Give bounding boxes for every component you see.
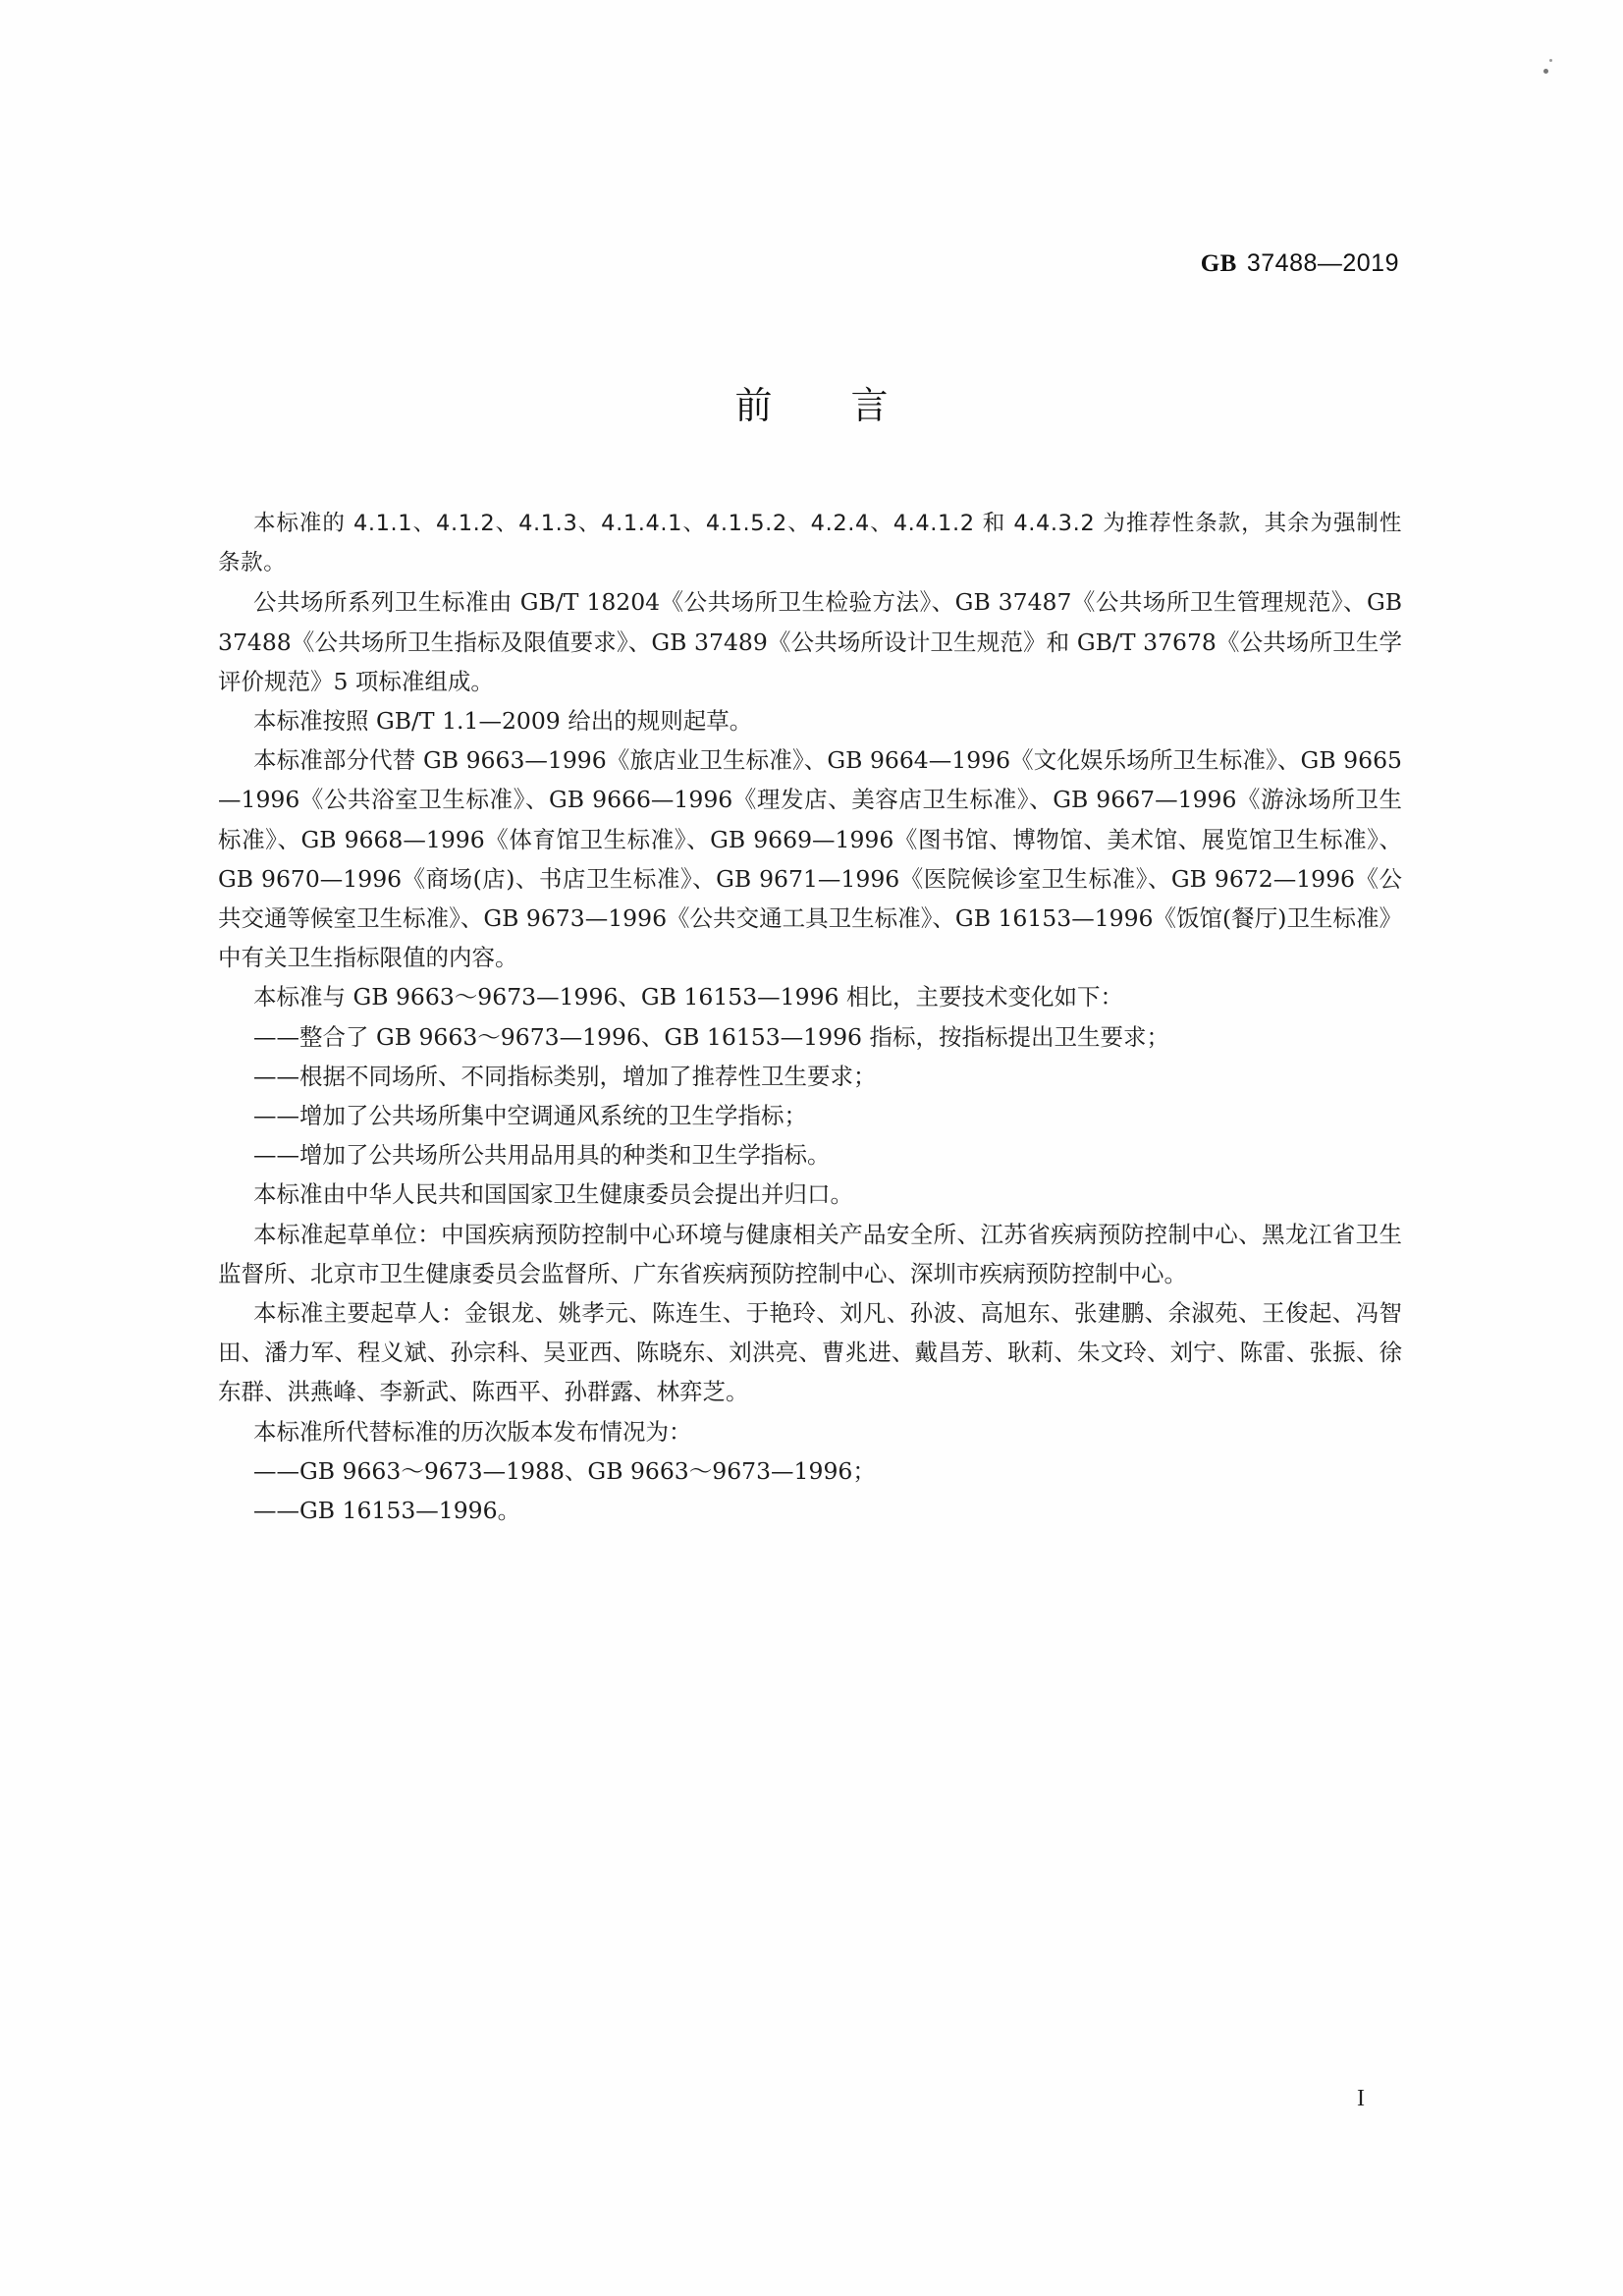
paragraph-replaced-standards: 本标准部分代替 GB 9663—1996《旅店业卫生标准》、GB 9664—19… bbox=[218, 740, 1402, 977]
standard-prefix: GB bbox=[1201, 250, 1237, 277]
paragraph-series-composition: 公共场所系列卫生标准由 GB/T 18204《公共场所卫生检验方法》、GB 37… bbox=[218, 582, 1402, 701]
paragraph-clause-types: 本标准的 4.1.1、4.1.2、4.1.3、4.1.4.1、4.1.5.2、4… bbox=[218, 504, 1402, 582]
list-item-change: ——增加了公共场所集中空调通风系统的卫生学指标； bbox=[218, 1096, 1402, 1135]
paragraph-technical-changes-intro: 本标准与 GB 9663～9673—1996、GB 16153—1996 相比，… bbox=[218, 977, 1402, 1016]
paragraph-version-history-intro: 本标准所代替标准的历次版本发布情况为： bbox=[218, 1412, 1402, 1451]
list-item-change: ——增加了公共场所公共用品用具的种类和卫生学指标。 bbox=[218, 1135, 1402, 1175]
paragraph-drafters: 本标准主要起草人：金银龙、姚孝元、陈连生、于艳玲、刘凡、孙波、高旭东、张建鹏、余… bbox=[218, 1293, 1402, 1412]
page-number: I bbox=[1357, 2086, 1365, 2112]
list-item-change: ——整合了 GB 9663～9673—1996、GB 16153—1996 指标… bbox=[218, 1017, 1402, 1057]
scan-speck bbox=[1549, 59, 1552, 62]
standard-number: 37488—2019 bbox=[1247, 249, 1399, 277]
paragraph-drafting-units: 本标准起草单位：中国疾病预防控制中心环境与健康相关产品安全所、江苏省疾病预防控制… bbox=[218, 1215, 1402, 1293]
list-item-change: ——根据不同场所、不同指标类别，增加了推荐性卫生要求； bbox=[218, 1057, 1402, 1096]
section-title: 前言 bbox=[0, 375, 1623, 429]
foreword-body: 本标准的 4.1.1、4.1.2、4.1.3、4.1.4.1、4.1.5.2、4… bbox=[218, 504, 1402, 1530]
list-item-version: ——GB 9663～9673—1988、GB 9663～9673—1996； bbox=[218, 1451, 1402, 1491]
document-page: GB37488—2019 前言 本标准的 4.1.1、4.1.2、4.1.3、4… bbox=[0, 0, 1623, 2296]
paragraph-proposer: 本标准由中华人民共和国国家卫生健康委员会提出并归口。 bbox=[218, 1175, 1402, 1214]
list-item-version: ——GB 16153—1996。 bbox=[218, 1491, 1402, 1530]
paragraph-drafting-rules: 本标准按照 GB/T 1.1—2009 给出的规则起草。 bbox=[218, 701, 1402, 740]
standard-number-header: GB37488—2019 bbox=[1201, 249, 1399, 278]
scan-speck bbox=[1543, 69, 1548, 74]
